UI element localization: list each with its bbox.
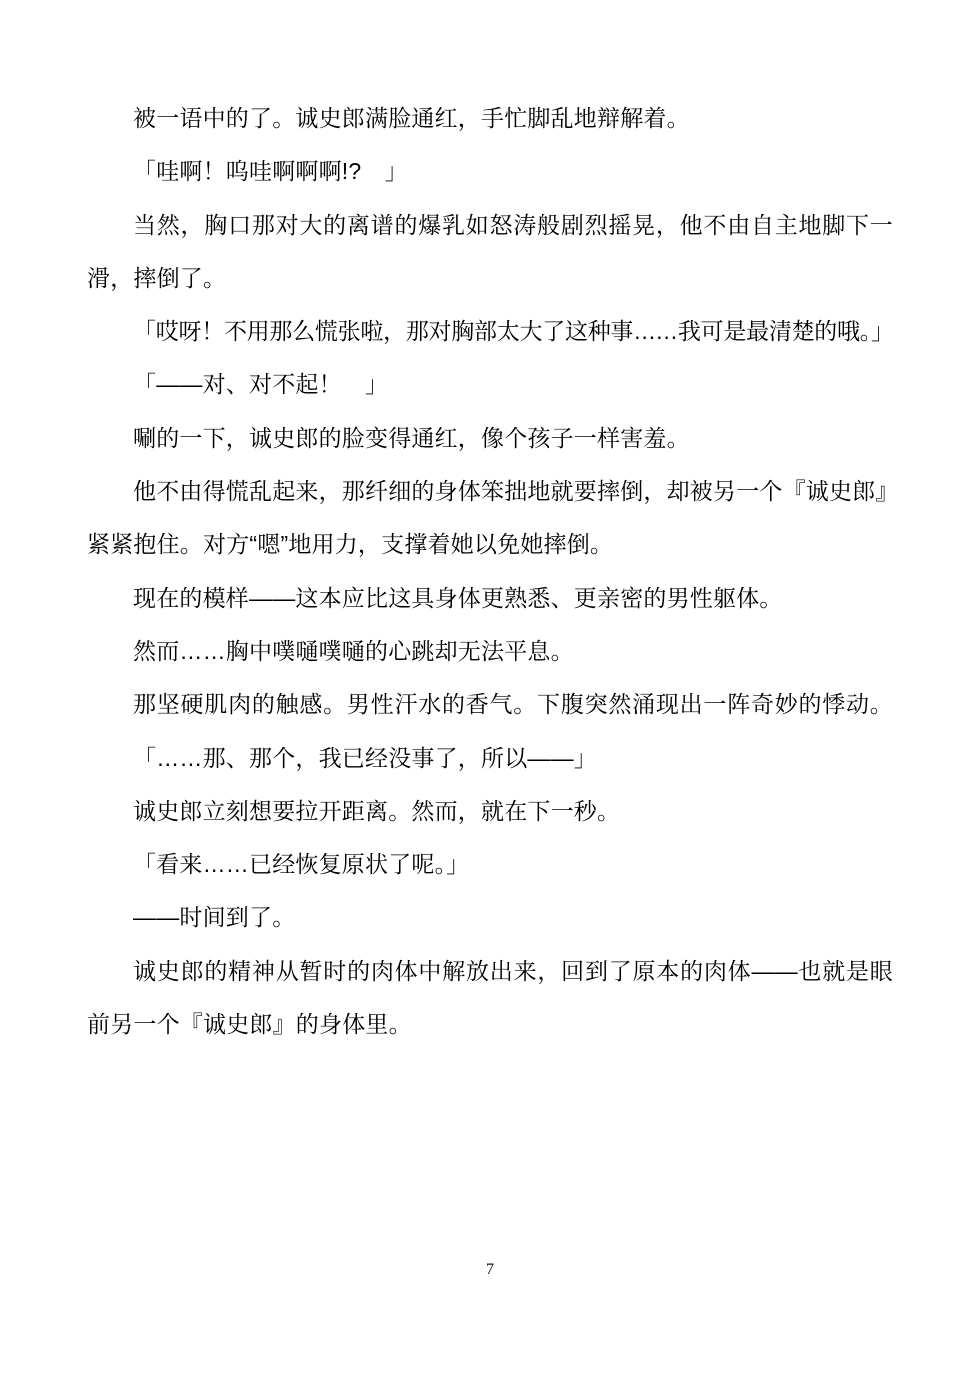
text-line: 当然，胸口那对大的离谱的爆乳如怒涛般剧烈摇晃，他不由自主地脚下一 — [87, 199, 893, 252]
page-number: 7 — [0, 1261, 980, 1279]
text-line: 「——对、对不起！ 」 — [87, 358, 893, 411]
text-line: 诚史郎立刻想要拉开距离。然而，就在下一秒。 — [87, 785, 893, 838]
text-line: 然而……胸中噗嗵噗嗵的心跳却无法平息。 — [87, 625, 893, 678]
text-line: ——时间到了。 — [87, 891, 893, 944]
text-line: 他不由得慌乱起来，那纤细的身体笨拙地就要摔倒，却被另一个『诚史郎』 — [87, 465, 893, 518]
text-line: 「哇啊！呜哇啊啊啊!? 」 — [87, 145, 893, 198]
text-line: 那坚硬肌肉的触感。男性汗水的香气。下腹突然涌现出一阵奇妙的悸动。 — [87, 678, 893, 731]
text-line: 「看来……已经恢复原状了呢。」 — [87, 838, 893, 891]
text-line: 紧紧抱住。对方“嗯”地用力，支撑着她以免她摔倒。 — [87, 518, 893, 571]
text-line: 被一语中的了。诚史郎满脸通红，手忙脚乱地辩解着。 — [87, 92, 893, 145]
text-line: 「……那、那个，我已经没事了，所以——」 — [87, 732, 893, 785]
text-line: 现在的模样——这本应比这具身体更熟悉、更亲密的男性躯体。 — [87, 572, 893, 625]
document-page: 被一语中的了。诚史郎满脸通红，手忙脚乱地辩解着。 「哇啊！呜哇啊啊啊!? 」 当… — [0, 0, 980, 1385]
text-line: 诚史郎的精神从暂时的肉体中解放出来，回到了原本的肉体——也就是眼 — [87, 945, 893, 998]
text-line: 唰的一下，诚史郎的脸变得通红，像个孩子一样害羞。 — [87, 412, 893, 465]
text-line: 滑，摔倒了。 — [87, 252, 893, 305]
text-line: 「哎呀！不用那么慌张啦，那对胸部太大了这种事……我可是最清楚的哦。」 — [87, 305, 893, 358]
text-line: 前另一个『诚史郎』的身体里。 — [87, 998, 893, 1051]
text-block: 被一语中的了。诚史郎满脸通红，手忙脚乱地辩解着。 「哇啊！呜哇啊啊啊!? 」 当… — [87, 92, 893, 1051]
